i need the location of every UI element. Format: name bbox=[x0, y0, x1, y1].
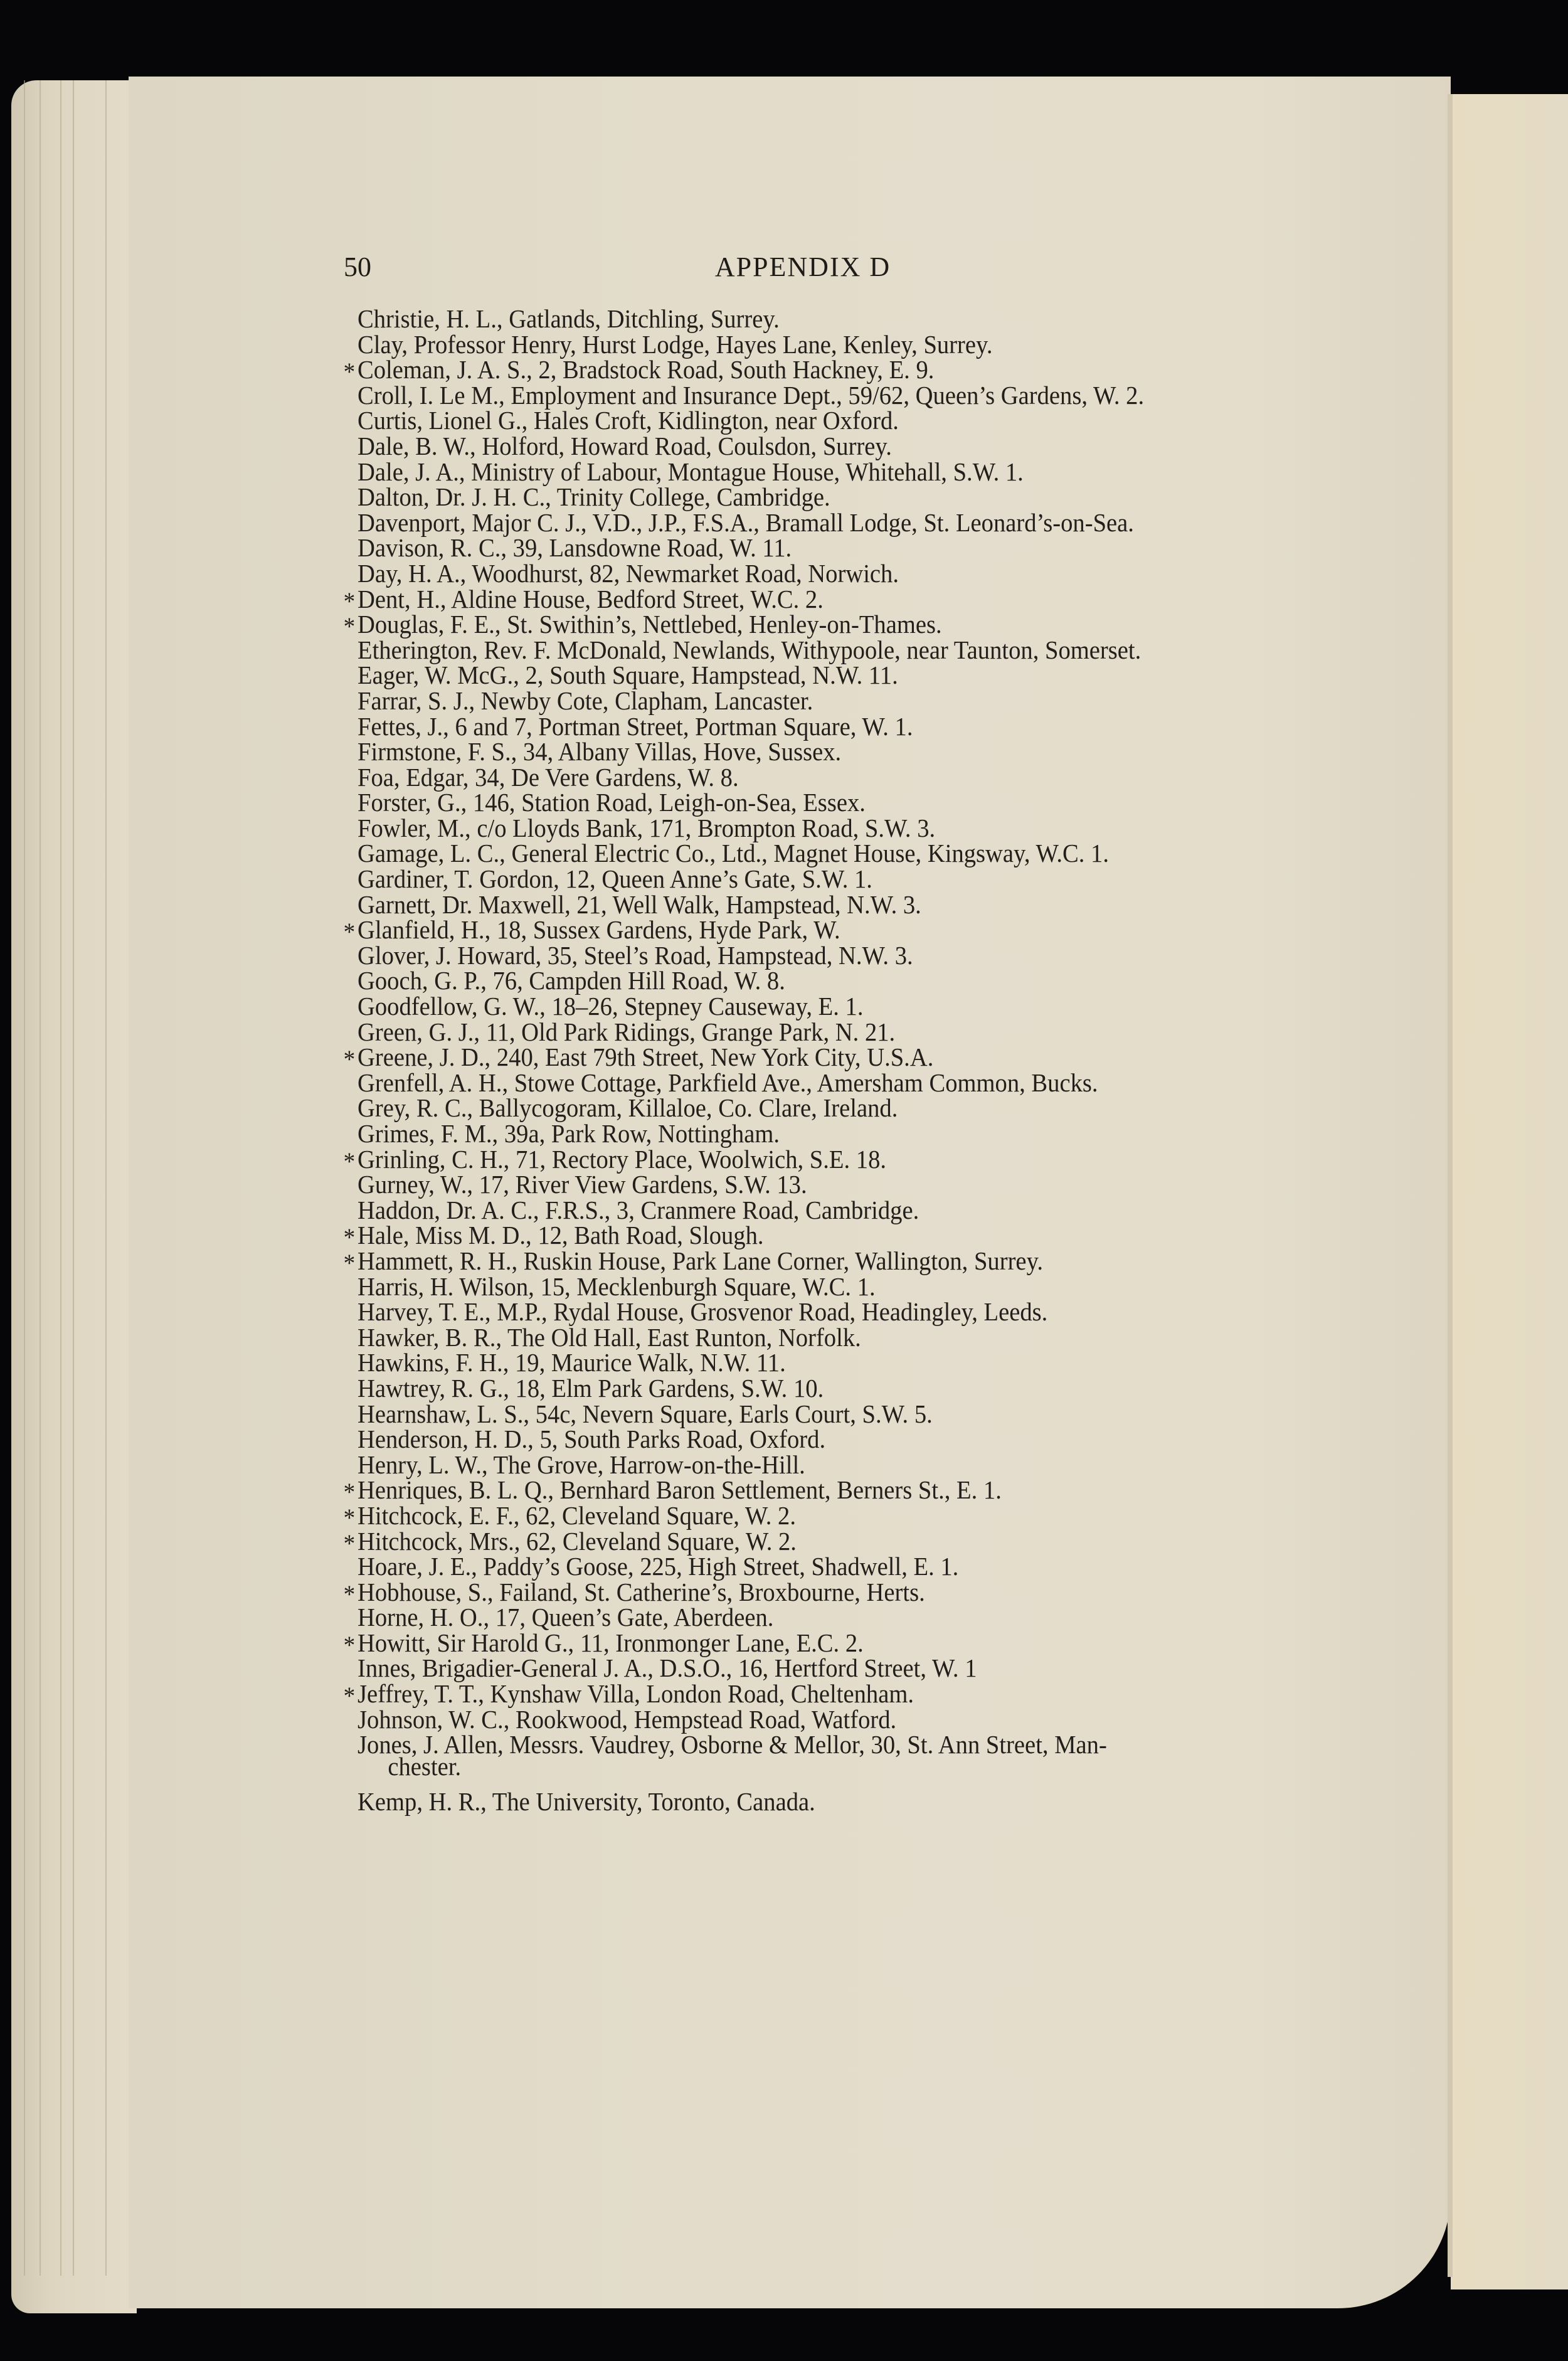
list-item: Christie, H. L., Gatlands, Ditchling, Su… bbox=[358, 306, 1314, 332]
list-item: Harvey, T. E., M.P., Rydal House, Grosve… bbox=[358, 1299, 1314, 1325]
entry-text: Green, G. J., 11, Old Park Ridings, Gran… bbox=[358, 1017, 895, 1046]
asterisk-marker: * bbox=[344, 1531, 356, 1557]
entry-text: Curtis, Lionel G., Hales Croft, Kidlingt… bbox=[358, 406, 899, 435]
list-item: Gardiner, T. Gordon, 12, Queen Anne’s Ga… bbox=[358, 866, 1314, 892]
entry-text: Jones, J. Allen, Messrs. Vaudrey, Osborn… bbox=[358, 1730, 1107, 1759]
asterisk-marker: * bbox=[344, 614, 356, 640]
list-item: Davison, R. C., 39, Lansdowne Road, W. 1… bbox=[358, 535, 1314, 561]
entry-text: Johnson, W. C., Rookwood, Hempstead Road… bbox=[358, 1705, 896, 1734]
entry-text: Harris, H. Wilson, 15, Mecklenburgh Squa… bbox=[358, 1272, 876, 1301]
entry-text: Grenfell, A. H., Stowe Cottage, Parkfiel… bbox=[358, 1068, 1098, 1097]
list-item: Gurney, W., 17, River View Gardens, S.W.… bbox=[358, 1172, 1314, 1197]
entry-text: Henriques, B. L. Q., Bernhard Baron Sett… bbox=[358, 1475, 1002, 1504]
list-item: Fettes, J., 6 and 7, Portman Street, Por… bbox=[358, 714, 1314, 740]
entry-text: Grinling, C. H., 71, Rectory Place, Wool… bbox=[358, 1145, 886, 1174]
entry-text: Grimes, F. M., 39a, Park Row, Nottingham… bbox=[358, 1119, 780, 1148]
asterisk-marker: * bbox=[344, 1251, 356, 1276]
list-item: Haddon, Dr. A. C., F.R.S., 3, Cranmere R… bbox=[358, 1197, 1314, 1223]
list-item: *Dent, H., Aldine House, Bedford Street,… bbox=[358, 586, 1314, 612]
entry-text: Gamage, L. C., General Electric Co., Ltd… bbox=[358, 839, 1109, 867]
entry-text: Hammett, R. H., Ruskin House, Park Lane … bbox=[358, 1246, 1043, 1275]
page-edge-line bbox=[105, 80, 107, 2276]
entry-text: Henderson, H. D., 5, South Parks Road, O… bbox=[358, 1425, 825, 1453]
page-number: 50 bbox=[344, 251, 371, 283]
list-item: *Douglas, F. E., St. Swithin’s, Nettlebe… bbox=[358, 612, 1314, 637]
entry-text: Foa, Edgar, 34, De Vere Gardens, W. 8. bbox=[358, 763, 739, 792]
list-item: Johnson, W. C., Rookwood, Hempstead Road… bbox=[358, 1707, 1314, 1732]
entry-text: Henry, L. W., The Grove, Harrow-on-the-H… bbox=[358, 1450, 805, 1479]
list-item: Grenfell, A. H., Stowe Cottage, Parkfiel… bbox=[358, 1070, 1314, 1096]
gutter-shadow bbox=[1448, 94, 1453, 2277]
entry-text: Glover, J. Howard, 35, Steel’s Road, Ham… bbox=[358, 941, 913, 970]
list-item: Davenport, Major C. J., V.D., J.P., F.S.… bbox=[358, 510, 1314, 536]
list-item: Croll, I. Le M., Employment and Insuranc… bbox=[358, 383, 1314, 408]
list-item: *Greene, J. D., 240, East 79th Street, N… bbox=[358, 1044, 1314, 1070]
list-item: *Glanfield, H., 18, Sussex Gardens, Hyde… bbox=[358, 917, 1314, 943]
list-item: Fowler, M., c/o Lloyds Bank, 171, Brompt… bbox=[358, 815, 1314, 841]
entry-text: Davenport, Major C. J., V.D., J.P., F.S.… bbox=[358, 508, 1134, 537]
entry-text: Dale, B. W., Holford, Howard Road, Couls… bbox=[358, 432, 892, 460]
entry-text: Hawtrey, R. G., 18, Elm Park Gardens, S.… bbox=[358, 1374, 824, 1403]
entry-text: Grey, R. C., Ballycogoram, Killaloe, Co.… bbox=[358, 1093, 898, 1122]
entry-text: Coleman, J. A. S., 2, Bradstock Road, So… bbox=[358, 355, 934, 384]
list-item: Etherington, Rev. F. McDonald, Newlands,… bbox=[358, 637, 1314, 663]
entry-text: Dale, J. A., Ministry of Labour, Montagu… bbox=[358, 457, 1024, 486]
asterisk-marker: * bbox=[344, 1684, 356, 1709]
entry-text: Horne, H. O., 17, Queen’s Gate, Aberdeen… bbox=[358, 1603, 773, 1631]
list-item: Hawker, B. R., The Old Hall, East Runton… bbox=[358, 1325, 1314, 1350]
list-item: Dale, J. A., Ministry of Labour, Montagu… bbox=[358, 459, 1314, 485]
entry-text: Hawkins, F. H., 19, Maurice Walk, N.W. 1… bbox=[358, 1348, 786, 1377]
list-item: Gamage, L. C., General Electric Co., Ltd… bbox=[358, 841, 1314, 866]
entry-text: Howitt, Sir Harold G., 11, Ironmonger La… bbox=[358, 1628, 864, 1657]
list-item: *Hale, Miss M. D., 12, Bath Road, Slough… bbox=[358, 1223, 1314, 1248]
page-edge-line bbox=[24, 80, 25, 2276]
list-item: Goodfellow, G. W., 18–26, Stepney Causew… bbox=[358, 994, 1314, 1019]
page-edge-line bbox=[73, 80, 74, 2276]
entry-text: Dent, H., Aldine House, Bedford Street, … bbox=[358, 585, 824, 613]
running-head: APPENDIX D bbox=[627, 251, 978, 283]
entry-text: Douglas, F. E., St. Swithin’s, Nettlebed… bbox=[358, 610, 942, 639]
list-item: Gooch, G. P., 76, Campden Hill Road, W. … bbox=[358, 968, 1314, 994]
list-item: *Hammett, R. H., Ruskin House, Park Lane… bbox=[358, 1248, 1314, 1274]
entry-text: Hoare, J. E., Paddy’s Goose, 225, High S… bbox=[358, 1552, 958, 1581]
entry-text: Gardiner, T. Gordon, 12, Queen Anne’s Ga… bbox=[358, 864, 872, 893]
list-item: Garnett, Dr. Maxwell, 21, Well Walk, Ham… bbox=[358, 892, 1314, 918]
entry-text: Kemp, H. R., The University, Toronto, Ca… bbox=[358, 1787, 815, 1816]
entry-text: Greene, J. D., 240, East 79th Street, Ne… bbox=[358, 1043, 933, 1071]
entry-text: Hitchcock, E. F., 62, Cleveland Square, … bbox=[358, 1501, 796, 1530]
list-item: Foa, Edgar, 34, De Vere Gardens, W. 8. bbox=[358, 765, 1314, 790]
list-item: Hawkins, F. H., 19, Maurice Walk, N.W. 1… bbox=[358, 1350, 1314, 1376]
list-item: Firmstone, F. S., 34, Albany Villas, Hov… bbox=[358, 739, 1314, 765]
asterisk-marker: * bbox=[344, 1047, 356, 1073]
entry-text: Fowler, M., c/o Lloyds Bank, 171, Brompt… bbox=[358, 814, 935, 842]
page-edge-line bbox=[60, 80, 61, 2276]
asterisk-marker: * bbox=[344, 1633, 356, 1658]
entry-text: Glanfield, H., 18, Sussex Gardens, Hyde … bbox=[358, 915, 840, 944]
list-item: *Henriques, B. L. Q., Bernhard Baron Set… bbox=[358, 1477, 1314, 1503]
list-item: Farrar, S. J., Newby Cote, Clapham, Lanc… bbox=[358, 688, 1314, 714]
list-item: Hawtrey, R. G., 18, Elm Park Gardens, S.… bbox=[358, 1376, 1314, 1401]
entry-text: Hearnshaw, L. S., 54c, Nevern Square, Ea… bbox=[358, 1399, 933, 1428]
entry-text: Hale, Miss M. D., 12, Bath Road, Slough. bbox=[358, 1221, 764, 1249]
list-item: *Coleman, J. A. S., 2, Bradstock Road, S… bbox=[358, 357, 1314, 383]
entry-text: Farrar, S. J., Newby Cote, Clapham, Lanc… bbox=[358, 686, 813, 715]
page-stack-edges bbox=[11, 80, 137, 2313]
list-item: Hearnshaw, L. S., 54c, Nevern Square, Ea… bbox=[358, 1401, 1314, 1427]
asterisk-marker: * bbox=[344, 1480, 356, 1505]
asterisk-marker: * bbox=[344, 1505, 356, 1531]
list-item: Horne, H. O., 17, Queen’s Gate, Aberdeen… bbox=[358, 1605, 1314, 1630]
list-item: Kemp, H. R., The University, Toronto, Ca… bbox=[358, 1789, 1314, 1815]
list-item: Grey, R. C., Ballycogoram, Killaloe, Co.… bbox=[358, 1095, 1314, 1121]
entry-text: Clay, Professor Henry, Hurst Lodge, Haye… bbox=[358, 330, 992, 359]
list-item: Day, H. A., Woodhurst, 82, Newmarket Roa… bbox=[358, 561, 1314, 586]
asterisk-marker: * bbox=[344, 589, 356, 615]
list-item: Clay, Professor Henry, Hurst Lodge, Haye… bbox=[358, 332, 1314, 358]
entry-text: Forster, G., 146, Station Road, Leigh-on… bbox=[358, 788, 866, 817]
list-item: *Howitt, Sir Harold G., 11, Ironmonger L… bbox=[358, 1630, 1314, 1656]
facing-page-edge bbox=[1451, 94, 1568, 2289]
list-item: Glover, J. Howard, 35, Steel’s Road, Ham… bbox=[358, 943, 1314, 968]
page-edge-line bbox=[40, 80, 41, 2276]
list-item: Henderson, H. D., 5, South Parks Road, O… bbox=[358, 1426, 1314, 1452]
entry-text: Etherington, Rev. F. McDonald, Newlands,… bbox=[358, 635, 1141, 664]
list-item: Green, G. J., 11, Old Park Ridings, Gran… bbox=[358, 1019, 1314, 1045]
entry-text: Garnett, Dr. Maxwell, 21, Well Walk, Ham… bbox=[358, 890, 921, 919]
entry-text: Gooch, G. P., 76, Campden Hill Road, W. … bbox=[358, 966, 785, 995]
list-item: Dalton, Dr. J. H. C., Trinity College, C… bbox=[358, 484, 1314, 510]
entry-text: Dalton, Dr. J. H. C., Trinity College, C… bbox=[358, 482, 830, 511]
list-item: *Hitchcock, E. F., 62, Cleveland Square,… bbox=[358, 1503, 1314, 1529]
entry-text: Eager, W. McG., 2, South Square, Hampste… bbox=[358, 661, 898, 689]
address-list: Christie, H. L., Gatlands, Ditchling, Su… bbox=[358, 306, 1314, 1815]
asterisk-marker: * bbox=[344, 1582, 356, 1608]
list-item: Henry, L. W., The Grove, Harrow-on-the-H… bbox=[358, 1452, 1314, 1478]
list-item: Harris, H. Wilson, 15, Mecklenburgh Squa… bbox=[358, 1274, 1314, 1300]
list-item: *Grinling, C. H., 71, Rectory Place, Woo… bbox=[358, 1147, 1314, 1172]
asterisk-marker: * bbox=[344, 920, 356, 945]
entry-text: Harvey, T. E., M.P., Rydal House, Grosve… bbox=[358, 1297, 1047, 1326]
entry-text: Hobhouse, S., Failand, St. Catherine’s, … bbox=[358, 1578, 925, 1606]
list-item: Jones, J. Allen, Messrs. Vaudrey, Osborn… bbox=[358, 1732, 1314, 1779]
list-item: Hoare, J. E., Paddy’s Goose, 225, High S… bbox=[358, 1554, 1314, 1579]
entry-text: Croll, I. Le M., Employment and Insuranc… bbox=[358, 381, 1144, 410]
list-item: *Hobhouse, S., Failand, St. Catherine’s,… bbox=[358, 1579, 1314, 1605]
asterisk-marker: * bbox=[344, 359, 356, 385]
entry-text: Haddon, Dr. A. C., F.R.S., 3, Cranmere R… bbox=[358, 1196, 919, 1224]
list-item: Grimes, F. M., 39a, Park Row, Nottingham… bbox=[358, 1121, 1314, 1147]
entry-text: Hitchcock, Mrs., 62, Cleveland Square, W… bbox=[358, 1527, 797, 1556]
list-item: Innes, Brigadier-General J. A., D.S.O., … bbox=[358, 1655, 1314, 1681]
entry-text: Gurney, W., 17, River View Gardens, S.W.… bbox=[358, 1170, 807, 1199]
entry-text: Jeffrey, T. T., Kynshaw Villa, London Ro… bbox=[358, 1679, 914, 1708]
entry-text: Firmstone, F. S., 34, Albany Villas, Hov… bbox=[358, 737, 841, 766]
entry-text: Hawker, B. R., The Old Hall, East Runton… bbox=[358, 1323, 861, 1352]
list-item: Eager, W. McG., 2, South Square, Hampste… bbox=[358, 662, 1314, 688]
list-item: Forster, G., 146, Station Road, Leigh-on… bbox=[358, 790, 1314, 815]
entry-text: Fettes, J., 6 and 7, Portman Street, Por… bbox=[358, 712, 913, 741]
asterisk-marker: * bbox=[344, 1225, 356, 1251]
list-item: Dale, B. W., Holford, Howard Road, Couls… bbox=[358, 433, 1314, 459]
entry-text: Goodfellow, G. W., 18–26, Stepney Causew… bbox=[358, 992, 863, 1021]
list-item: Curtis, Lionel G., Hales Croft, Kidlingt… bbox=[358, 408, 1314, 433]
entry-text: Day, H. A., Woodhurst, 82, Newmarket Roa… bbox=[358, 559, 899, 588]
entry-text: Innes, Brigadier-General J. A., D.S.O., … bbox=[358, 1653, 977, 1682]
list-item: *Jeffrey, T. T., Kynshaw Villa, London R… bbox=[358, 1681, 1314, 1707]
list-item: *Hitchcock, Mrs., 62, Cleveland Square, … bbox=[358, 1529, 1314, 1554]
entry-text: Christie, H. L., Gatlands, Ditchling, Su… bbox=[358, 304, 780, 333]
asterisk-marker: * bbox=[344, 1149, 356, 1175]
entry-text: Davison, R. C., 39, Lansdowne Road, W. 1… bbox=[358, 533, 792, 562]
